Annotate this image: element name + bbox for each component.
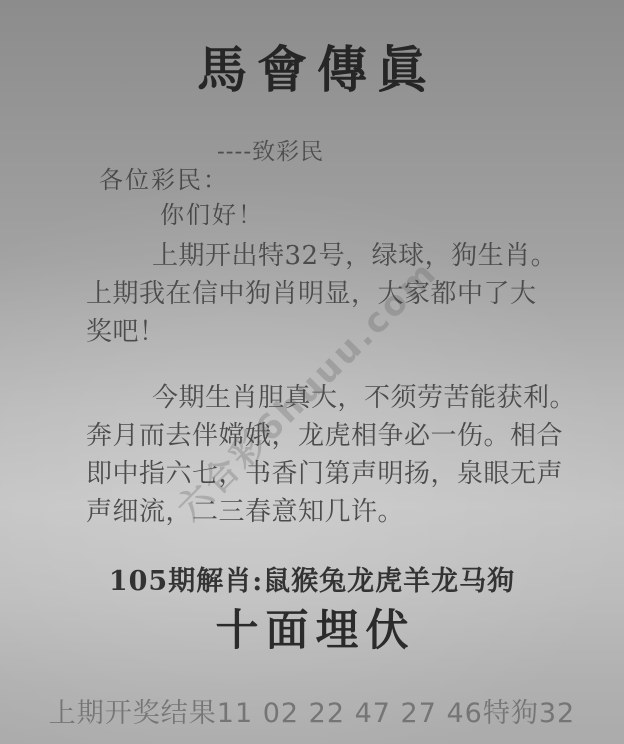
text-line: 奔月而去伴嫦娥，龙虎相争必一伤。相合 xyxy=(86,417,556,455)
text-line: 即中指六七，书香门第声明扬，泉眼无声 xyxy=(86,455,556,493)
text-line: 今期生肖胆真大，不须劳苦能获利。 xyxy=(86,379,556,417)
paragraph-previous-draw: 上期开出特32号，绿球，狗生肖。 上期我在信中狗肖明显，大家都中了大 奖吧！ xyxy=(86,237,556,351)
greeting-line: 你们好！ xyxy=(160,195,264,230)
idiom-headline: 十面埋伏 xyxy=(0,606,624,656)
text-line: 上期开出特32号，绿球，狗生肖。 xyxy=(86,237,556,275)
salutation-line: 各位彩民： xyxy=(99,160,229,195)
previous-results-line: 上期开奖结果11 02 22 47 27 46特狗32 xyxy=(0,691,624,730)
zodiac-decode-line: 105期解肖:鼠猴兔龙虎羊龙马狗 xyxy=(0,559,624,598)
page-title: 馬會傳眞 xyxy=(0,40,624,100)
text-line: 声细流，二三春意知几许。 xyxy=(86,493,556,531)
paragraph-current-tip: 今期生肖胆真大，不须劳苦能获利。 奔月而去伴嫦娥，龙虎相争必一伤。相合 即中指六… xyxy=(86,379,556,531)
fax-sheet: 六合彩6huuu.com 馬會傳眞 ----致彩民 各位彩民： 你们好！ 上期开… xyxy=(0,0,624,744)
text-line: 上期我在信中狗肖明显，大家都中了大 xyxy=(86,275,556,313)
dedication-line: ----致彩民 xyxy=(217,133,324,166)
text-line: 奖吧！ xyxy=(86,313,556,351)
